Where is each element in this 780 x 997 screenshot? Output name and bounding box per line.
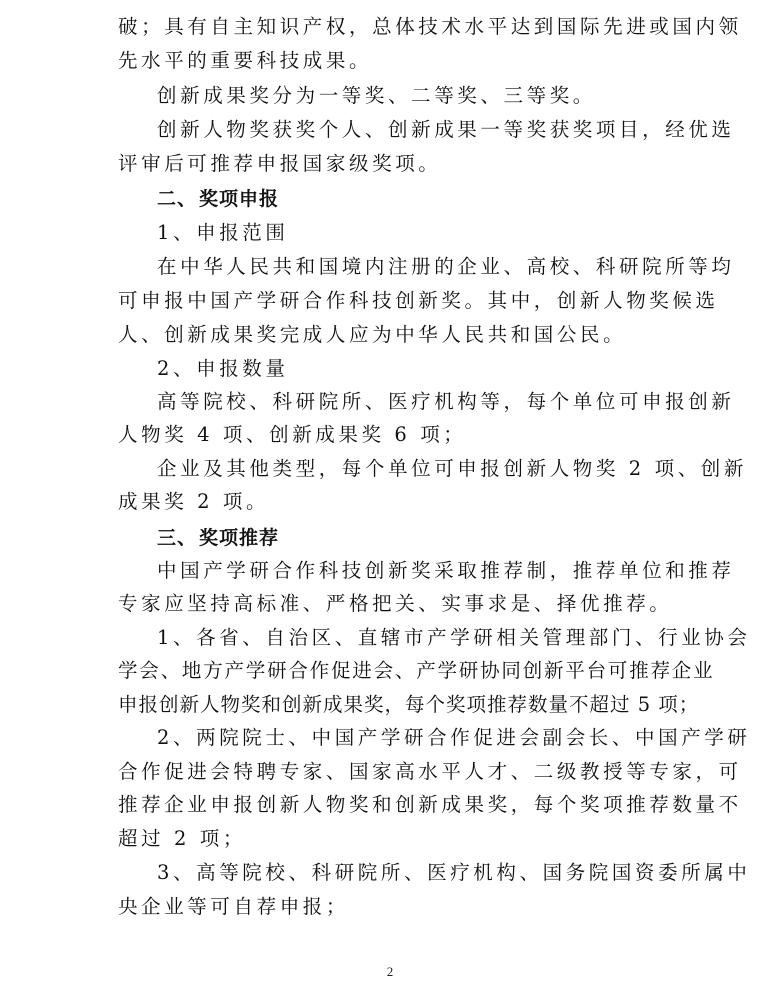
section-heading-award-recommendation: 三、奖项推荐 — [157, 526, 663, 550]
body-text-line: 超过 2 项； — [118, 827, 663, 851]
body-text-line: 评审后可推荐申报国家级奖项。 — [118, 152, 663, 176]
subsection-title: 1、申报范围 — [157, 221, 663, 245]
body-text-line: 创新人物奖获奖个人、创新成果一等奖获奖项目，经优选 — [157, 118, 663, 142]
body-text-line: 可申报中国产学研合作科技创新奖。其中，创新人物奖候选 — [118, 289, 663, 313]
body-text-line: 中国产学研合作科技创新奖采取推荐制，推荐单位和推荐 — [157, 559, 663, 583]
body-text-line: 2、两院院士、中国产学研合作促进会副会长、中国产学研 — [157, 726, 663, 750]
body-text-line: 央企业等可自荐申报； — [118, 895, 663, 919]
section-number: 三、 — [157, 526, 199, 550]
body-text-line: 人、创新成果奖完成人应为中华人民共和国公民。 — [118, 323, 663, 347]
body-text-line: 高等院校、科研院所、医疗机构等，每个单位可申报创新 — [157, 390, 663, 414]
body-text-line: 人物奖 4 项、创新成果奖 6 项； — [118, 423, 663, 447]
body-text-line: 学会、地方产学研合作促进会、产学研协同创新平台可推荐企业 — [118, 659, 663, 683]
section-heading-award-application: 二、奖项申报 — [157, 187, 663, 211]
body-text-line: 3、高等院校、科研院所、医疗机构、国务院国资委所属中 — [157, 861, 663, 885]
section-title: 奖项申报 — [199, 188, 279, 210]
body-text-line: 合作促进会特聘专家、国家高水平人才、二级教授等专家，可 — [118, 760, 663, 784]
subsection-title: 2、申报数量 — [157, 357, 663, 381]
body-text-line: 在中华人民共和国境内注册的企业、高校、科研院所等均 — [157, 255, 663, 279]
body-text-line: 专家应坚持高标准、严格把关、实事求是、择优推荐。 — [118, 592, 663, 616]
body-text-line: 企业及其他类型，每个单位可申报创新人物奖 2 项、创新 — [157, 457, 663, 481]
document-page: 破；具有自主知识产权，总体技术水平达到国际先进或国内领 先水平的重要科技成果。 … — [0, 0, 780, 997]
section-number: 二、 — [157, 187, 199, 211]
body-text-line: 创新成果奖分为一等奖、二等奖、三等奖。 — [157, 84, 663, 108]
body-text-line: 破；具有自主知识产权，总体技术水平达到国际先进或国内领 — [118, 15, 663, 39]
body-text-line: 先水平的重要科技成果。 — [118, 49, 663, 73]
body-text-line: 申报创新人物奖和创新成果奖，每个奖项推荐数量不超过 5 项； — [118, 693, 663, 717]
body-text-line: 推荐企业申报创新人物奖和创新成果奖，每个奖项推荐数量不 — [118, 793, 663, 817]
page-number: 2 — [0, 964, 780, 980]
body-text-line: 成果奖 2 项。 — [118, 490, 663, 514]
section-title: 奖项推荐 — [199, 527, 279, 549]
body-text-line: 1、各省、自治区、直辖市产学研相关管理部门、行业协会 — [157, 626, 663, 650]
